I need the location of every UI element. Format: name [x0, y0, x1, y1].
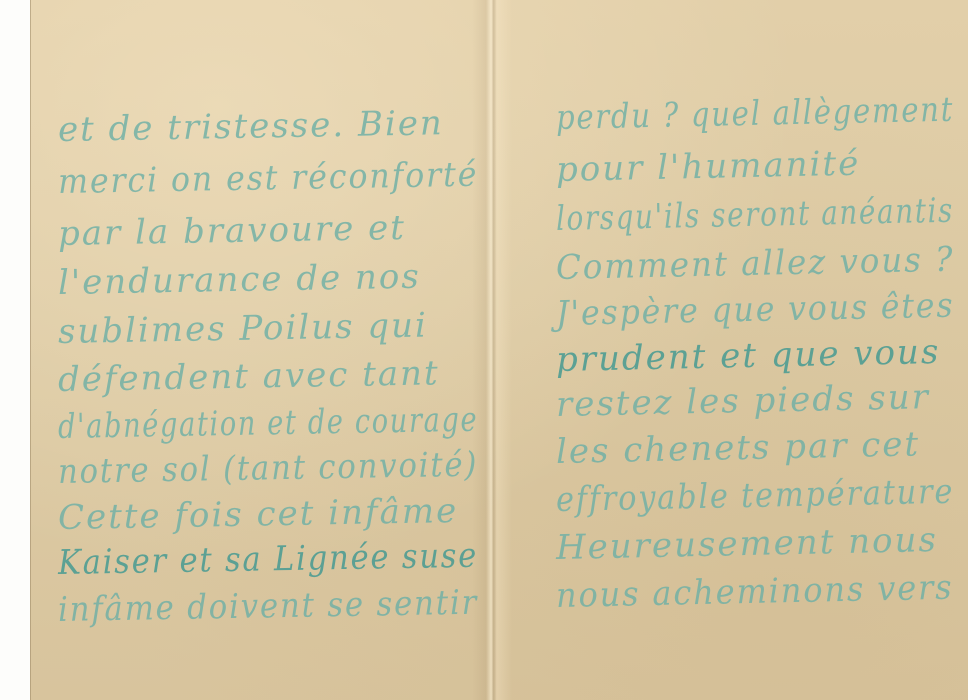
- handwritten-line: Cette fois cet infâme: [58, 491, 459, 538]
- handwritten-line: merci on est réconforté: [58, 155, 479, 202]
- handwritten-line: perdu ? quel allègement: [556, 90, 955, 138]
- right-page: perdu ? quel allègement pour l'humanité …: [520, 0, 968, 700]
- handwritten-line: sublimes Poilus qui: [58, 306, 429, 352]
- handwritten-line: nous acheminons vers: [556, 568, 954, 616]
- handwritten-line: d'abnégation et de courage: [58, 400, 479, 447]
- handwritten-line: Kaiser et sa Lignée suse: [58, 536, 479, 583]
- handwritten-line: défendent avec tant: [58, 353, 440, 400]
- handwritten-line: infâme doivent se sentir: [58, 583, 479, 630]
- handwritten-line: par la bravoure et: [58, 208, 407, 254]
- handwritten-line: prudent et que vous: [556, 332, 941, 380]
- handwritten-line: Heureusement nous: [556, 520, 939, 568]
- handwritten-line: Comment allez vous ?: [556, 240, 955, 288]
- handwritten-line: lorsqu'ils seront anéantis: [556, 191, 955, 239]
- handwritten-line: J'espère que vous êtes: [556, 286, 955, 334]
- left-page: et de tristesse. Bien merci on est récon…: [30, 0, 500, 700]
- handwritten-line: et de tristesse. Bien: [58, 103, 444, 150]
- handwritten-line: l'endurance de nos: [58, 257, 421, 303]
- handwritten-line: restez les pieds sur: [556, 377, 931, 425]
- handwritten-line: notre sol (tant convoité): [58, 445, 479, 492]
- handwritten-line: les chenets par cet: [556, 424, 921, 472]
- scanned-document: et de tristesse. Bien merci on est récon…: [0, 0, 968, 700]
- handwritten-line: pour l'humanité: [556, 144, 861, 190]
- handwritten-line: effroyable température: [556, 472, 955, 520]
